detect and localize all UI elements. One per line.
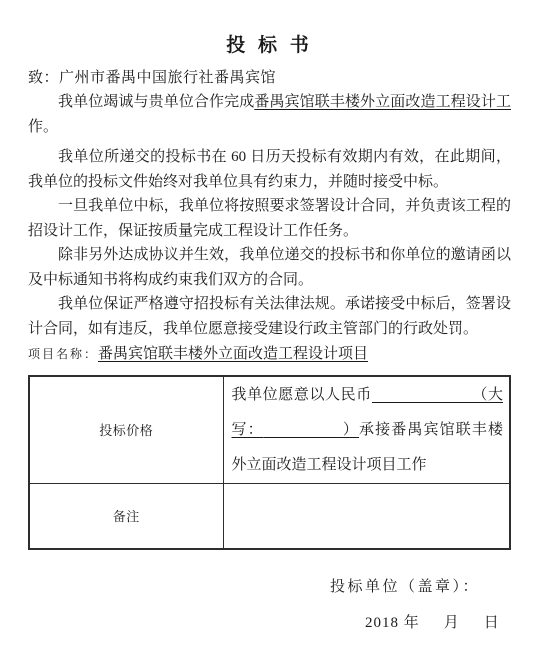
bid-price-row: 投标价格 我单位愿意以人民币（大写：）承接番禺宾馆联丰楼外立面改造工程设计项目工…: [29, 376, 510, 484]
price-words-blank: [264, 422, 342, 438]
date-month-label: 月: [444, 615, 460, 631]
paragraph-contract: 除非另外达成协议并生效，我单位递交的投标书和你单位的邀请函以及中标通知书将构成约…: [28, 243, 511, 292]
paragraph-cooperation: 我单位竭诚与贵单位合作完成番禺宾馆联丰楼外立面改造工程设计工作。: [28, 90, 511, 139]
addressee-line: 致：广州市番禺中国旅行社番禺宾馆: [28, 67, 511, 90]
date-day-label: 日: [484, 615, 500, 631]
paragraph-cooperation-post: 作。: [28, 119, 58, 135]
date-year: 2018 年: [365, 615, 420, 631]
paragraph-cooperation-pre: 我单位竭诚与贵单位合作完成: [58, 94, 254, 110]
project-name-label: 项目名称：: [28, 347, 98, 361]
project-name-line: 项目名称：番禺宾馆联丰楼外立面改造工程设计项目: [28, 342, 511, 367]
bid-price-content-cell: 我单位愿意以人民币（大写：）承接番禺宾馆联丰楼外立面改造工程设计项目工作: [223, 376, 510, 484]
price-words-close: ）: [342, 422, 359, 438]
price-amount-blank: [372, 387, 472, 403]
date-line: 2018 年月日: [28, 613, 511, 633]
paragraph-validity: 我单位所递交的投标书在 60 日历天投标有效期内有效，在此期间，我单位的投标文件…: [28, 145, 511, 194]
bid-price-pre-text: 我单位愿意以人民币: [232, 387, 372, 403]
paragraph-law: 我单位保证严格遵守招投标有关法律法规。承诺接受中标后，签署设计合同，如有违反，我…: [28, 292, 511, 341]
bid-document-page: 投 标 书 致：广州市番禺中国旅行社番禺宾馆 我单位竭诚与贵单位合作完成番禺宾馆…: [0, 0, 539, 659]
paragraph-award: 一旦我单位中标，我单位将按照要求签署设计合同，并负责该工程的招设计工作，保证按质…: [28, 194, 511, 243]
remark-row: 备注: [29, 483, 510, 549]
bidder-seal-line: 投标单位（盖章）：: [28, 577, 511, 597]
document-title: 投 标 书: [28, 33, 511, 58]
bid-table: 投标价格 我单位愿意以人民币（大写：）承接番禺宾馆联丰楼外立面改造工程设计项目工…: [28, 375, 511, 551]
project-name-underlined: 番禺宾馆联丰楼外立面改造工程设计工: [254, 94, 511, 110]
bid-price-label-cell: 投标价格: [29, 376, 223, 484]
project-name-value: 番禺宾馆联丰楼外立面改造工程设计项目: [98, 346, 368, 362]
remark-label-cell: 备注: [29, 483, 223, 549]
remark-content-cell: [223, 483, 510, 549]
